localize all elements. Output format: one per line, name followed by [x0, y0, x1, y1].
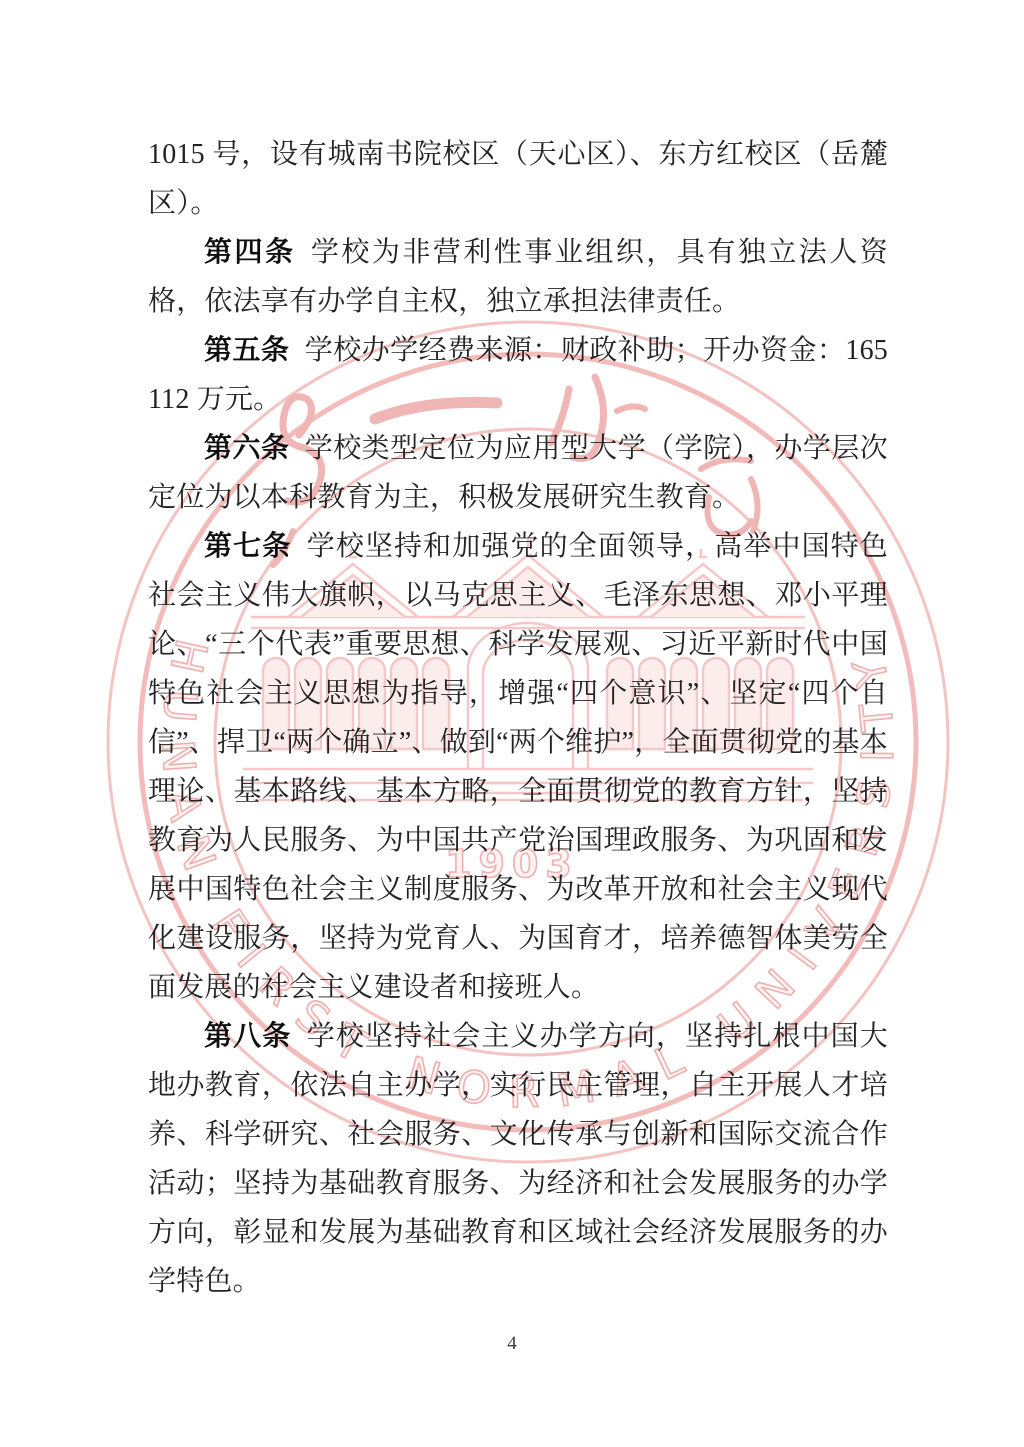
- paragraph: 第六条学校类型定位为应用型大学（学院），办学层次定位为以本科教育为主，积极发展研…: [148, 424, 888, 522]
- article-number: 第六条: [204, 433, 289, 464]
- page-number: 4: [0, 1333, 1024, 1355]
- paragraph: 第八条学校坚持社会主义办学方向，坚持扎根中国大地办教育，依法自主办学，实行民主管…: [148, 1012, 888, 1306]
- paragraph: 第五条学校办学经费来源：财政补助；开办资金：165112 万元。: [148, 326, 888, 424]
- paragraph-text: 学校坚持和加强党的全面领导，高举中国特色社会主义伟大旗帜，以马克思主义、毛泽东思…: [148, 531, 888, 1003]
- paragraph-text: 1015 号，设有城南书院校区（天心区）、东方红校区（岳麓区）。: [148, 139, 888, 219]
- document-page: HUNAN FIRST NORMAL UNIVERSITY: [0, 0, 1024, 1447]
- article-number: 第五条: [204, 335, 289, 366]
- paragraph: 第七条学校坚持和加强党的全面领导，高举中国特色社会主义伟大旗帜，以马克思主义、毛…: [148, 522, 888, 1012]
- article-number: 第八条: [204, 1021, 291, 1052]
- article-number: 第四条: [204, 237, 295, 268]
- document-body: 1015 号，设有城南书院校区（天心区）、东方红校区（岳麓区）。 第四条学校为非…: [148, 130, 888, 1306]
- paragraph-text: 学校坚持社会主义办学方向，坚持扎根中国大地办教育，依法自主办学，实行民主管理，自…: [148, 1021, 888, 1297]
- article-number: 第七条: [204, 531, 291, 562]
- paragraph: 1015 号，设有城南书院校区（天心区）、东方红校区（岳麓区）。: [148, 130, 888, 228]
- paragraph: 第四条学校为非营利性事业组织，具有独立法人资格，依法享有办学自主权，独立承担法律…: [148, 228, 888, 326]
